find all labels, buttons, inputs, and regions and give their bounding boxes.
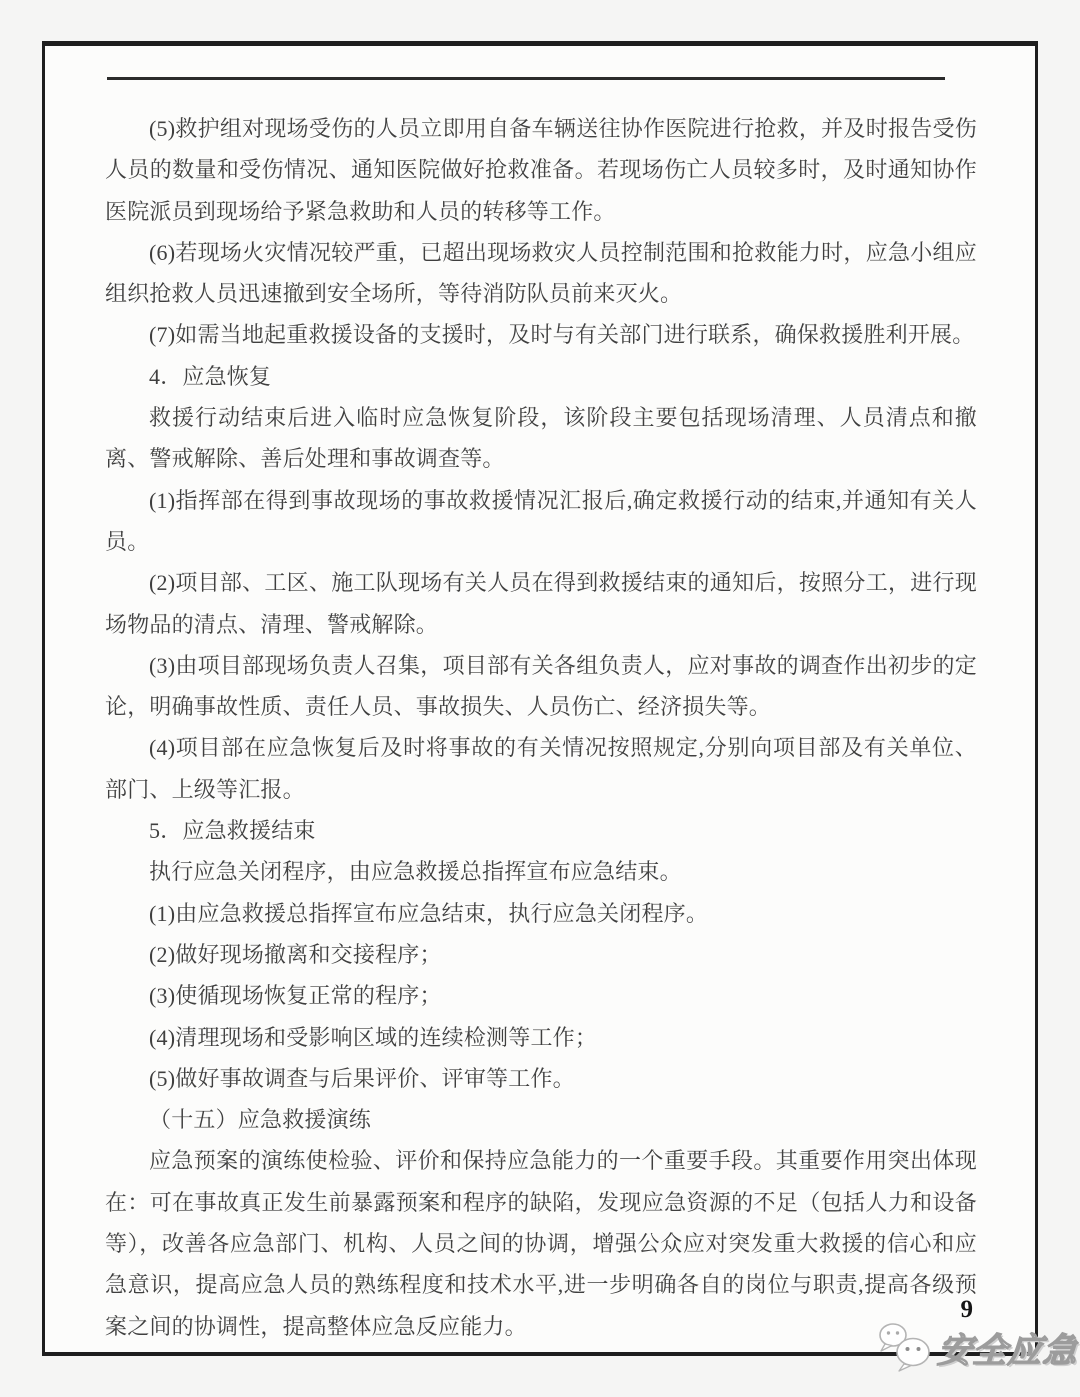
paragraph-recovery-item-3: (3)由项目部现场负责人召集，项目部有关各组负责人，应对事故的调查作出初步的定论…	[105, 645, 977, 728]
paragraph-recovery-item-1: (1)指挥部在得到事故现场的事故救援情况汇报后,确定救援行动的结束,并通知有关人…	[105, 480, 977, 563]
paragraph-recovery-intro: 救援行动结束后进入临时应急恢复阶段，该阶段主要包括现场清理、人员清点和撤离、警戒…	[105, 397, 977, 480]
paragraph-end-item-5: (5)做好事故调查与后果评价、评审等工作。	[105, 1058, 977, 1099]
heading-emergency-recovery: 4．应急恢复	[105, 356, 977, 397]
watermark-text: 安全应急	[936, 1323, 1079, 1372]
header-rule	[107, 77, 945, 80]
scan-background: (5)救护组对现场受伤的人员立即用自备车辆送往协作医院进行抢救，并及时报告受伤人…	[0, 0, 1080, 1397]
paragraph-lifting-support-7: (7)如需当地起重救援设备的支援时，及时与有关部门进行联系，确保救援胜利开展。	[105, 314, 977, 355]
paragraph-rescue-end-intro: 执行应急关闭程序，由应急救援总指挥宣布应急结束。	[105, 851, 977, 892]
document-page: (5)救护组对现场受伤的人员立即用自备车辆送往协作医院进行抢救，并及时报告受伤人…	[42, 41, 1038, 1356]
paragraph-end-item-2: (2)做好现场撤离和交接程序；	[105, 934, 977, 975]
paragraph-recovery-item-2: (2)项目部、工区、施工队现场有关人员在得到救援结束的通知后，按照分工，进行现场…	[105, 562, 977, 645]
paragraph-recovery-item-4: (4)项目部在应急恢复后及时将事故的有关情况按照规定,分别向项目部及有关单位、部…	[105, 727, 977, 810]
paragraph-rescue-group-5: (5)救护组对现场受伤的人员立即用自备车辆送往协作医院进行抢救，并及时报告受伤人…	[105, 108, 977, 232]
paragraph-drill-body: 应急预案的演练使检验、评价和保持应急能力的一个重要手段。其重要作用突出体现在：可…	[105, 1140, 977, 1346]
paragraph-end-item-3: (3)使循现场恢复正常的程序；	[105, 975, 977, 1016]
paragraph-fire-severe-6: (6)若现场火灾情况较严重，已超出现场救灾人员控制范围和抢救能力时，应急小组应组…	[105, 232, 977, 315]
paragraph-end-item-4: (4)清理现场和受影响区域的连续检测等工作；	[105, 1017, 977, 1058]
heading-rescue-end: 5．应急救援结束	[105, 810, 977, 851]
watermark: 安全应急	[878, 1320, 1078, 1374]
heading-drill-section-15: （十五）应急救援演练	[105, 1099, 977, 1140]
document-body: (5)救护组对现场受伤的人员立即用自备车辆送往协作医院进行抢救，并及时报告受伤人…	[105, 108, 977, 1347]
wechat-chat-bubbles-icon	[878, 1320, 936, 1374]
paragraph-end-item-1: (1)由应急救援总指挥宣布应急结束，执行应急关闭程序。	[105, 893, 977, 934]
